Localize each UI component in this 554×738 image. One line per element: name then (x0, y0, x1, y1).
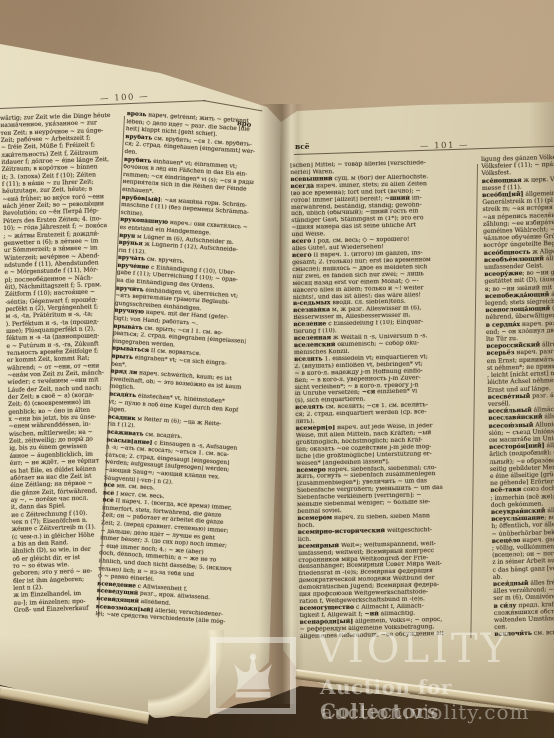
text-line: c das hängt ganz [vollkómm (492, 564, 554, 574)
watermark-brand: VIOLITY (316, 627, 510, 671)
crown-icon (226, 652, 280, 700)
watermark-url: auction.violity.com (321, 700, 530, 724)
watermark-logo-frame (210, 637, 296, 714)
right-page-column-2: ligung des gánzen Vólkes; ~ое тVólksfeie… (481, 153, 554, 645)
auction-photo-scene: — 100 — вро всё — 101 — wärtig; zur Zeit… (0, 0, 554, 738)
right-page-guide-word: всё (295, 142, 310, 151)
right-page-column-1: [schen] Míttel; ~ товáр állerléi [versch… (290, 159, 487, 648)
